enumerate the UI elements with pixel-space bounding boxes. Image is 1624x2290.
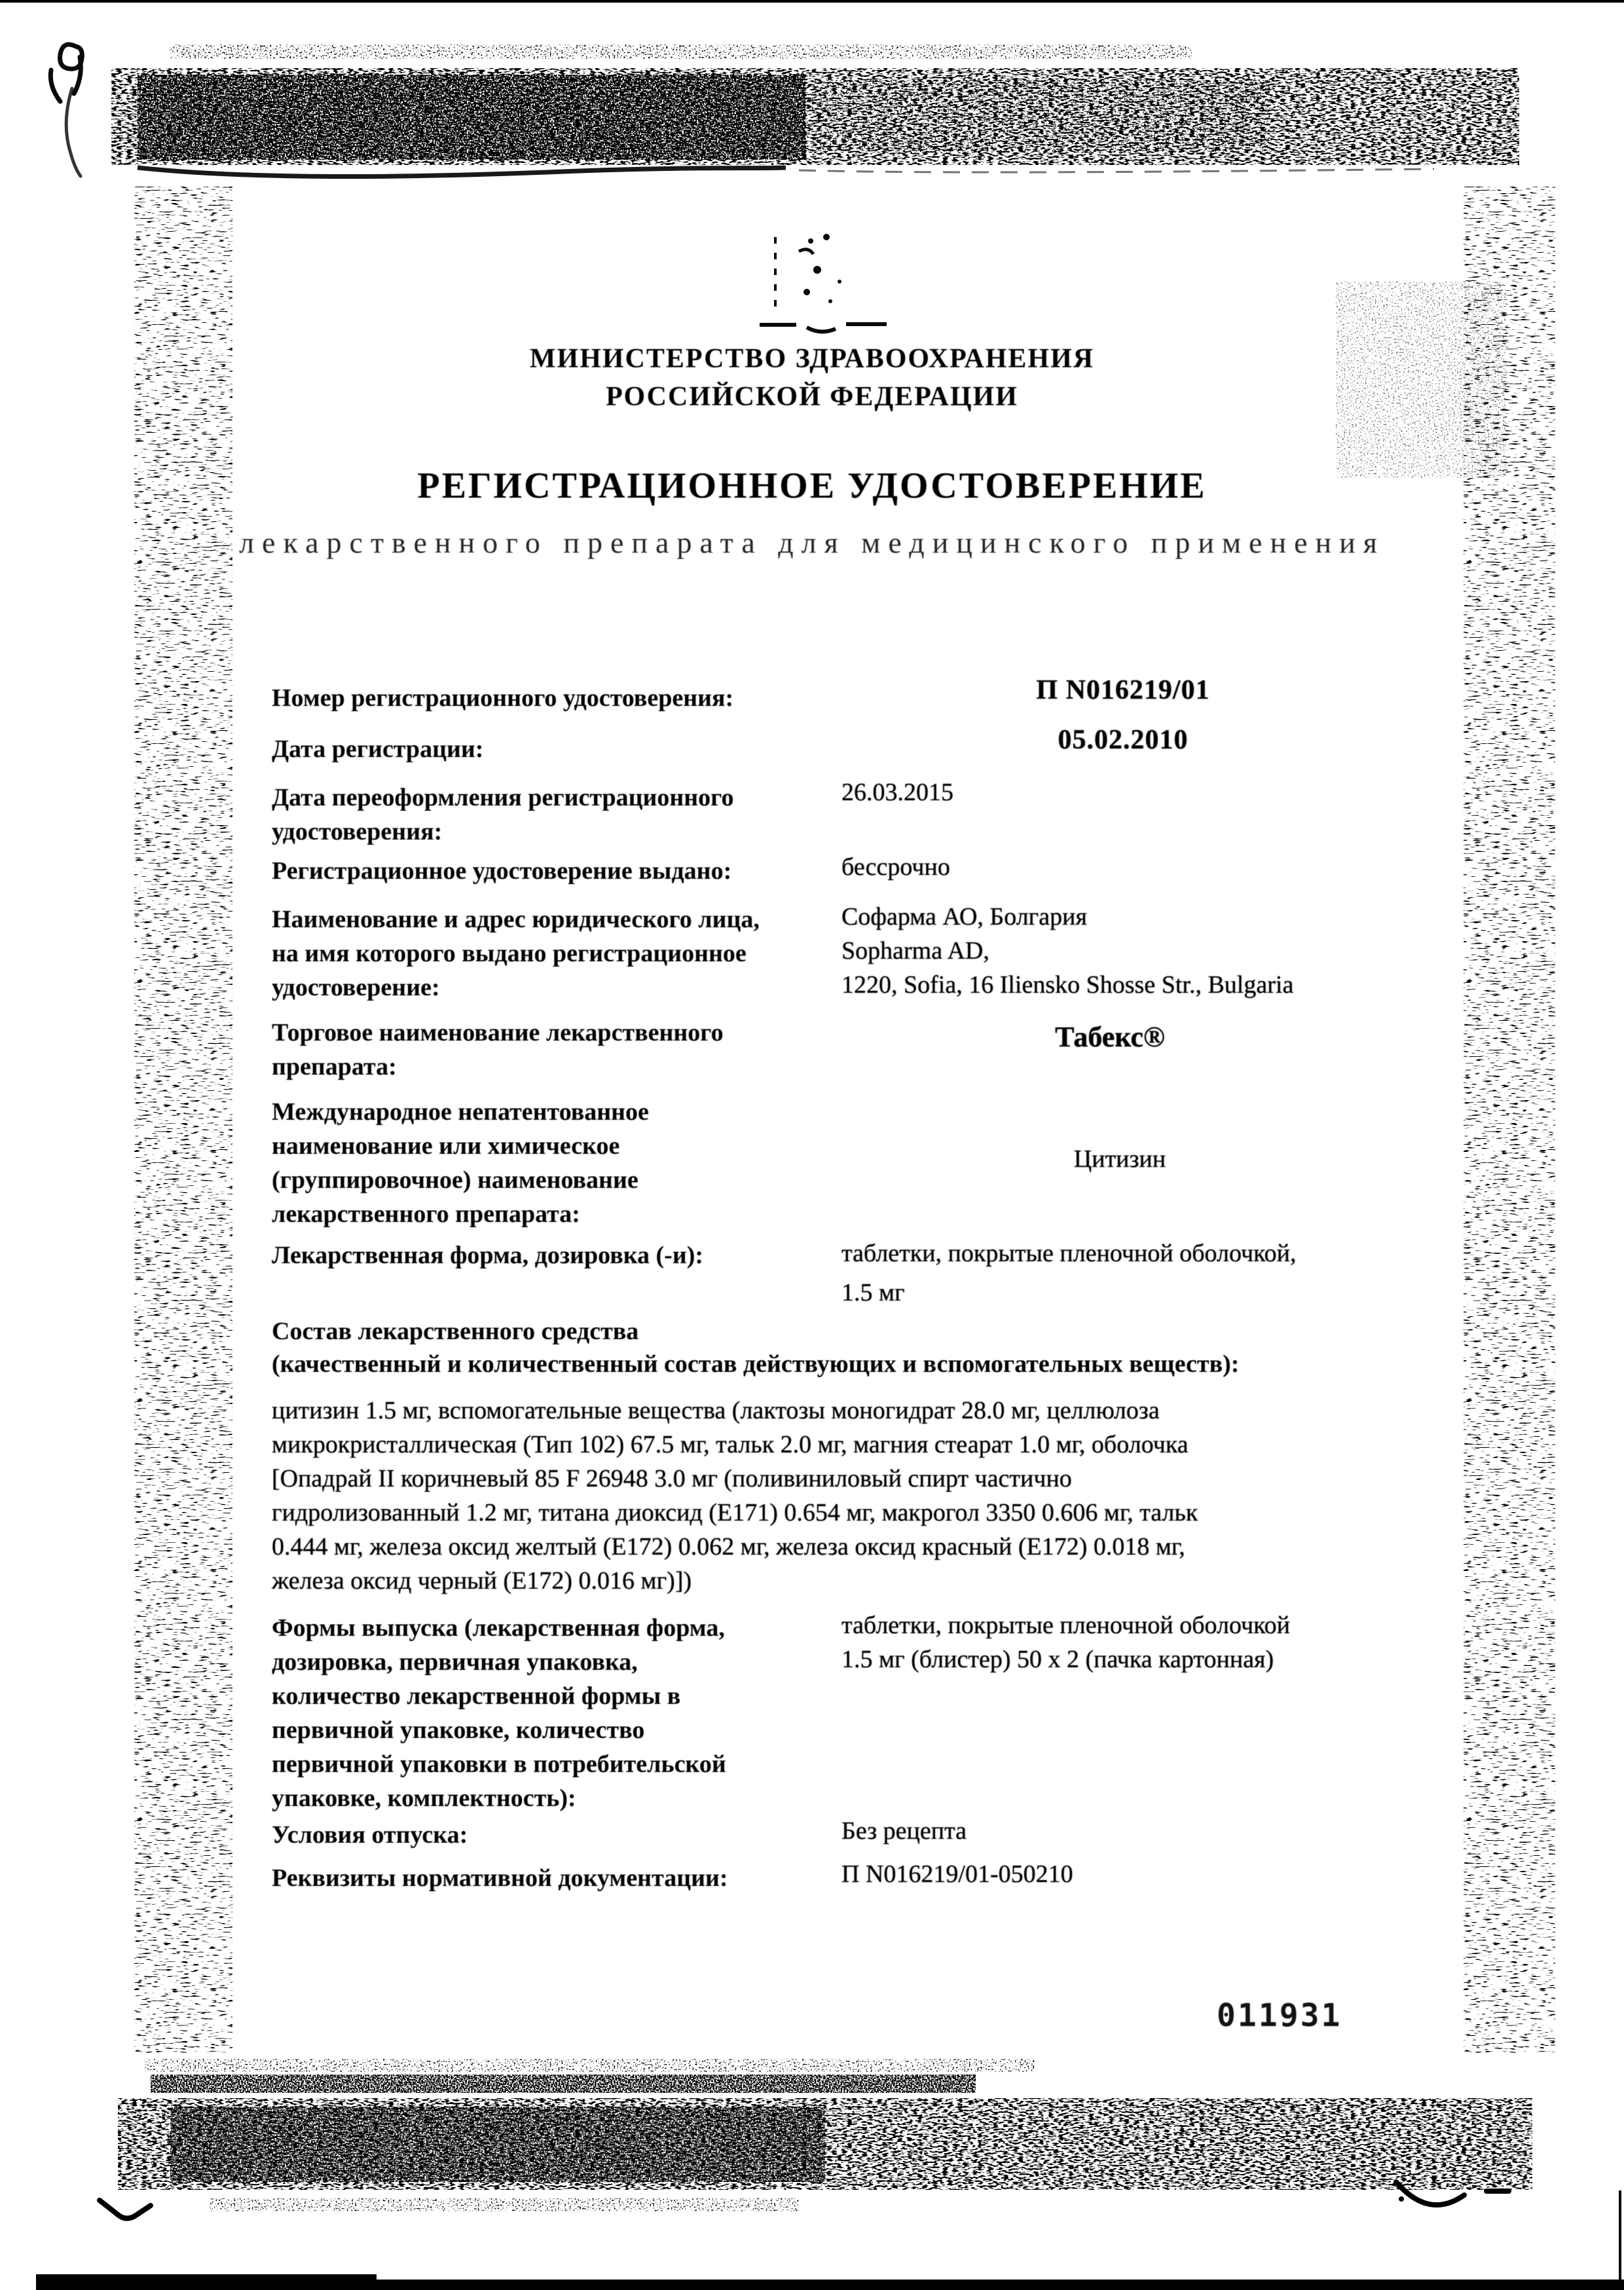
- label-normative-docs: Реквизиты нормативной документации:: [272, 1861, 728, 1895]
- composition-text: цитизин 1.5 мг, вспомогательные вещества…: [272, 1394, 1198, 1598]
- certificate-document: МИНИСТЕРСТВО ЗДРАВООХРАНЕНИЯ РОССИЙСКОЙ …: [0, 0, 1624, 2290]
- label-reg-date: Дата регистрации:: [272, 732, 483, 766]
- value-dispensing-conditions: Без рецепта: [841, 1814, 967, 1848]
- value-release-forms: таблетки, покрытые пленочной оболочкой 1…: [841, 1608, 1290, 1676]
- value-reg-number: П N016219/01: [959, 673, 1287, 707]
- label-trade-name: Торговое наименование лекарственного пре…: [272, 1016, 724, 1084]
- composition-heading: Состав лекарственного средства: [272, 1315, 638, 1348]
- document-subtitle: лекарственного препарата для медицинског…: [0, 525, 1624, 560]
- label-inn: Международное непатентованное наименован…: [272, 1095, 649, 1231]
- value-reissue-date: 26.03.2015: [841, 775, 953, 809]
- value-dosage-form: таблетки, покрытые пленочной оболочкой, …: [841, 1234, 1296, 1312]
- scan-edge-top: [0, 0, 1624, 3]
- right-margin-speckle: [1336, 282, 1506, 478]
- scan-edge-bottom-bar: [36, 2280, 1624, 2290]
- bottom-right-curl: [1388, 2173, 1545, 2232]
- value-inn: Цитизин: [956, 1142, 1283, 1176]
- top-border-ornament: [92, 34, 1539, 191]
- label-dosage-form: Лекарственная форма, дозировка (-и):: [272, 1238, 703, 1272]
- label-dispensing-conditions: Условия отпуска:: [272, 1818, 468, 1852]
- label-release-forms: Формы выпуска (лекарственная форма, дози…: [272, 1611, 726, 1815]
- scan-edge-right: [1619, 2190, 1621, 2290]
- value-trade-name: Табекс®: [946, 1020, 1274, 1054]
- label-certificate-issued: Регистрационное удостоверение выдано:: [272, 854, 731, 888]
- composition-subheading: (качественный и количественный состав де…: [272, 1348, 1239, 1380]
- value-certificate-issued: бессрочно: [841, 850, 950, 884]
- value-holder-name-address: Софарма АО, Болгария Sopharma AD, 1220, …: [841, 900, 1293, 1002]
- value-normative-docs: П N016219/01-050210: [841, 1857, 1073, 1891]
- coat-of-arms-emblem: [747, 229, 897, 341]
- ministry-name-line2: РОССИЙСКОЙ ФЕДЕРАЦИИ: [0, 381, 1624, 413]
- bottom-border-ornament: [92, 2044, 1539, 2234]
- scan-edge-bottom-step: [36, 2274, 377, 2281]
- document-title: РЕГИСТРАЦИОННОЕ УДОСТОВЕРЕНИЕ: [0, 465, 1624, 507]
- value-reg-date: 05.02.2010: [959, 723, 1287, 757]
- serial-number-stamp: 011931: [1217, 1997, 1342, 2034]
- label-reg-number: Номер регистрационного удостоверения:: [272, 681, 733, 715]
- ministry-name-line1: МИНИСТЕРСТВО ЗДРАВООХРАНЕНИЯ: [0, 343, 1624, 375]
- margin-arc-mark: [58, 85, 86, 210]
- label-reissue-date: Дата переоформления регистрационного удо…: [272, 781, 734, 849]
- label-holder-name-address: Наименование и адрес юридического лица, …: [272, 902, 760, 1005]
